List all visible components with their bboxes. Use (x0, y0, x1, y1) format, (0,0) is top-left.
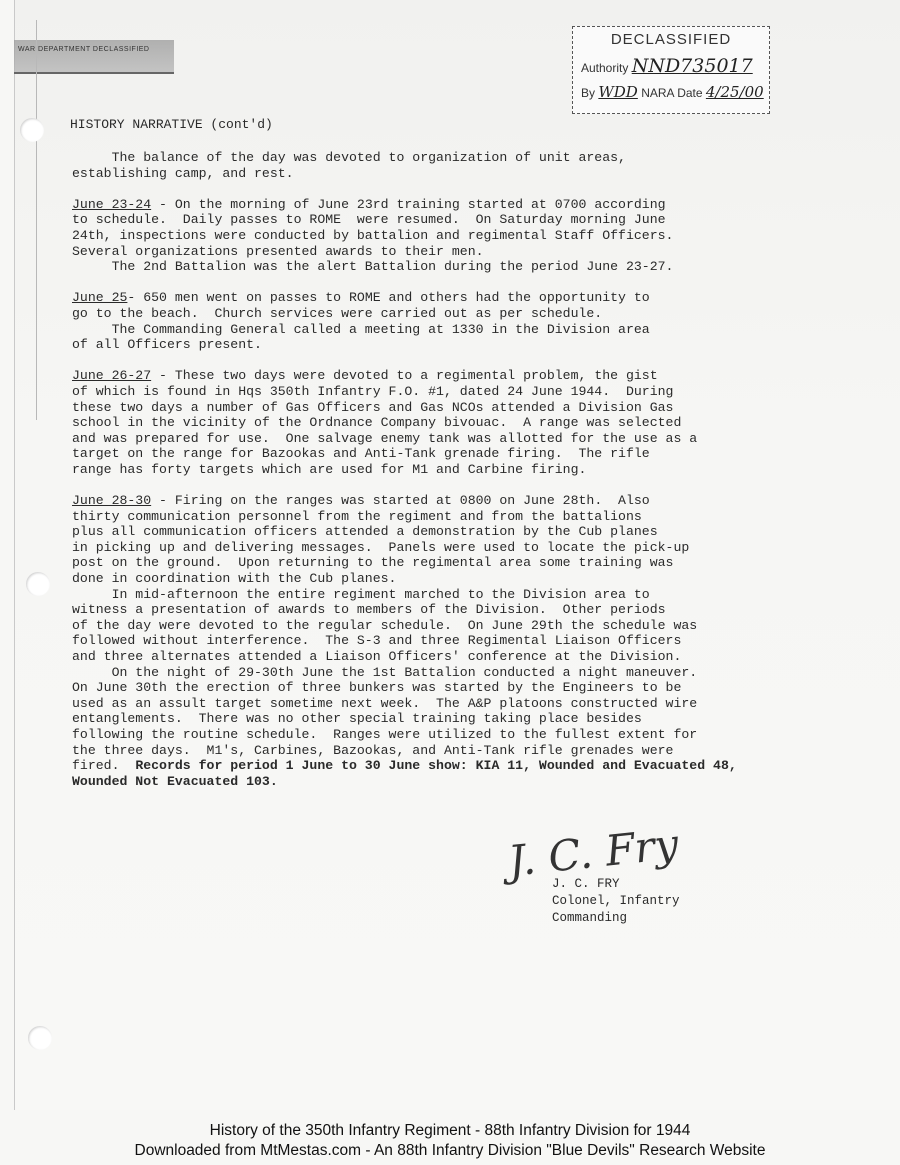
stamp-authority-label: Authority (581, 61, 628, 75)
declassified-stamp: DECLASSIFIED Authority NND735017 By WDD … (572, 26, 770, 114)
text-line: followed without interference. The S-3 a… (72, 633, 792, 649)
punch-hole-bottom (28, 1026, 52, 1050)
footer-line-2: Downloaded from MtMestas.com - An 88th I… (0, 1141, 900, 1161)
stamp-by-row: By WDD NARA Date 4/25/00 (581, 83, 764, 101)
text-line: post on the ground. Upon returning to th… (72, 555, 792, 571)
text-line: Several organizations presented awards t… (72, 244, 792, 260)
text-line: target on the range for Bazookas and Ant… (72, 446, 792, 462)
text-line: plus all communication officers attended… (72, 524, 792, 540)
signature-block: J. C. FRY Colonel, Infantry Commanding (552, 876, 680, 927)
stamp-by-value: WDD (598, 83, 637, 101)
narrative-paragraph: June 26-27 - These two days were devoted… (72, 368, 792, 477)
signatory-rank: Colonel, Infantry (552, 893, 680, 910)
text-line: these two days a number of Gas Officers … (72, 400, 792, 416)
narrative-paragraph: June 25- 650 men went on passes to ROME … (72, 290, 792, 352)
casualty-counts-continued: Wounded Not Evacuated 103. (72, 774, 792, 790)
text-line: fired. Records for period 1 June to 30 J… (72, 758, 792, 774)
stamp-nara-value: 4/25/00 (706, 83, 764, 101)
text-line: June 28-30 - Firing on the ranges was st… (72, 493, 792, 509)
narrative-paragraph: June 28-30 - Firing on the ranges was st… (72, 493, 792, 789)
text-line: June 25- 650 men went on passes to ROME … (72, 290, 792, 306)
entry-date: June 25 (72, 290, 127, 305)
text-line: in picking up and delivering messages. P… (72, 540, 792, 556)
page-footer: History of the 350th Infantry Regiment -… (0, 1121, 900, 1161)
margin-line (36, 20, 37, 420)
text-line: 24th, inspections were conducted by batt… (72, 228, 792, 244)
text-line: thirty communication personnel from the … (72, 509, 792, 525)
signatory-title: Commanding (552, 910, 680, 927)
text-line: following the routine schedule. Ranges w… (72, 727, 792, 743)
page-heading: HISTORY NARRATIVE (cont'd) (70, 117, 273, 132)
text-line: of the day were devoted to the regular s… (72, 618, 792, 634)
signatory-name: J. C. FRY (552, 876, 680, 893)
stamp-authority-row: Authority NND735017 (581, 55, 753, 77)
punch-hole-top (20, 118, 44, 142)
text-line: June 23-24 - On the morning of June 23rd… (72, 197, 792, 213)
smudge-text: WAR DEPARTMENT DECLASSIFIED (18, 46, 149, 53)
narrative-body: The balance of the day was devoted to or… (72, 150, 792, 805)
narrative-paragraph: The balance of the day was devoted to or… (72, 150, 792, 181)
stamp-nara-label: NARA Date (641, 86, 702, 100)
text-line: On the night of 29-30th June the 1st Bat… (72, 665, 792, 681)
text-line: the three days. M1's, Carbines, Bazookas… (72, 743, 792, 759)
entry-date: June 26-27 (72, 368, 151, 383)
text-line: school in the vicinity of the Ordnance C… (72, 415, 792, 431)
text-line: go to the beach. Church services were ca… (72, 306, 792, 322)
stamp-authority-value: NND735017 (632, 55, 753, 77)
text-line: used as an assult target sometime next w… (72, 696, 792, 712)
text-line: and was prepared for use. One salvage en… (72, 431, 792, 447)
text-line: In mid-afternoon the entire regiment mar… (72, 587, 792, 603)
text-line: to schedule. Daily passes to ROME were r… (72, 212, 792, 228)
text-line: The 2nd Battalion was the alert Battalio… (72, 259, 792, 275)
text-line: June 26-27 - These two days were devoted… (72, 368, 792, 384)
text-line: range has forty targets which are used f… (72, 462, 792, 478)
text-line: done in coordination with the Cub planes… (72, 571, 792, 587)
text-line: witness a presentation of awards to memb… (72, 602, 792, 618)
casualty-records-label: Records for period 1 June to 30 June sho… (135, 758, 467, 773)
casualty-counts: KIA 11, Wounded and Evacuated 48, (468, 758, 737, 773)
stamp-by-label: By (581, 86, 595, 100)
text-line: The Commanding General called a meeting … (72, 322, 792, 338)
scan-smudge (14, 40, 174, 72)
narrative-paragraph: June 23-24 - On the morning of June 23rd… (72, 197, 792, 275)
text-line: establishing camp, and rest. (72, 166, 792, 182)
stamp-title: DECLASSIFIED (573, 31, 769, 48)
punch-hole-middle (26, 572, 50, 596)
scan-smudge-line (14, 72, 174, 74)
text-line: and three alternates attended a Liaison … (72, 649, 792, 665)
text-line: entanglements. There was no other specia… (72, 711, 792, 727)
footer-line-1: History of the 350th Infantry Regiment -… (0, 1121, 900, 1141)
text-line: On June 30th the erection of three bunke… (72, 680, 792, 696)
text-line: The balance of the day was devoted to or… (72, 150, 792, 166)
entry-date: June 28-30 (72, 493, 151, 508)
text-line: of all Officers present. (72, 337, 792, 353)
entry-date: June 23-24 (72, 197, 151, 212)
text-line: of which is found in Hqs 350th Infantry … (72, 384, 792, 400)
